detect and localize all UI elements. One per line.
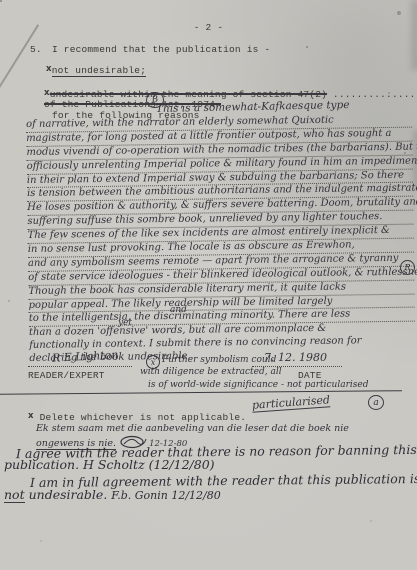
agree-note2-rest: undesirable. bbox=[29, 487, 108, 502]
inserted-word-yet: yet bbox=[118, 317, 132, 329]
inserted-word-and: and bbox=[170, 304, 187, 316]
circled-reference-mark: R bbox=[400, 260, 415, 275]
side-note-line1: Further symbolism could bbox=[162, 354, 276, 366]
side-note-line3: is of world-wide significance - not part… bbox=[148, 379, 368, 391]
date-label: DATE bbox=[298, 370, 322, 381]
afrikaans-note-line1: Ek stem saam met die aanbeveling van die… bbox=[36, 423, 349, 435]
side-note-line2: with diligence be extracted, all bbox=[140, 366, 282, 378]
reader-date-value: 7. 12. 1980 bbox=[264, 352, 327, 364]
agree-note2-not: not bbox=[4, 487, 25, 503]
page-number: - 2 - bbox=[0, 22, 417, 33]
date-dotted-line bbox=[252, 366, 342, 367]
option-marker-icon: x bbox=[46, 64, 52, 74]
agree-note1-line2: publication. H Scholtz (12/12/80) bbox=[4, 459, 215, 471]
circled-carryover-mark: a bbox=[368, 395, 384, 410]
recommendation-intro: I recommend that the publication is - bbox=[52, 44, 270, 55]
agree-note2-signature: F.b. Gonin 12/12/80 bbox=[111, 489, 220, 502]
signature-dotted-line bbox=[28, 366, 132, 367]
agree-note2-line2: not undesirable. F.b. Gonin 12/12/80 bbox=[4, 489, 221, 502]
reader-expert-label: READER/EXPERT bbox=[28, 370, 105, 381]
item-number: 5. bbox=[30, 44, 42, 55]
footnote: x Delete whichever is not applicable. bbox=[28, 411, 246, 423]
handwritten-reasons-block: of narrative, with the narrator an elder… bbox=[26, 114, 415, 366]
scan-specks bbox=[0, 0, 2, 2]
option-not-undesirable: xnot undesirable; bbox=[46, 64, 146, 76]
page-crease-line bbox=[0, 24, 39, 99]
option-not-undesirable-text: not undesirable; bbox=[52, 65, 146, 77]
scanned-document-page: - 2 - 5. I recommend that the publicatio… bbox=[0, 0, 417, 570]
footnote-text: Delete whichever is not applicable. bbox=[40, 412, 247, 423]
carryover-word: particularised bbox=[252, 394, 331, 412]
scan-smudge bbox=[411, 0, 417, 70]
